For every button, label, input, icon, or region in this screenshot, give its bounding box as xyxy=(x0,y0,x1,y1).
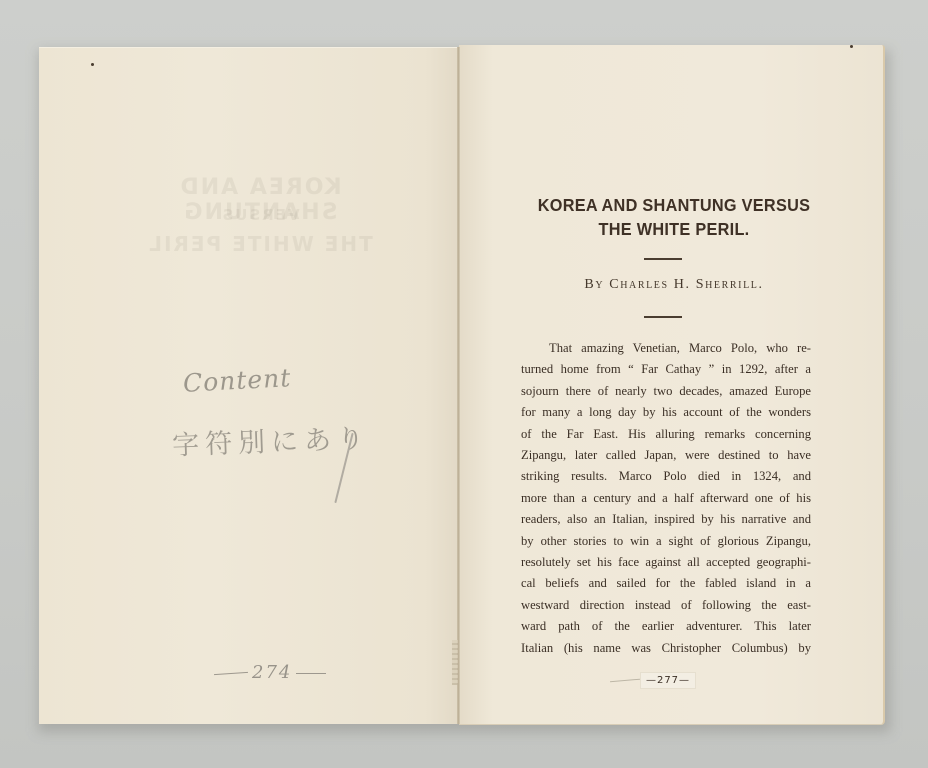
bleed-through-line: VERSUS xyxy=(110,206,410,224)
book-gutter xyxy=(457,47,460,724)
article-title-line-2: THE WHITE PERIL. xyxy=(512,219,836,240)
bleed-through-line: THE WHITE PERIL xyxy=(110,232,410,256)
body-line: more than a century and a half afterward… xyxy=(521,488,811,509)
byline-divider xyxy=(644,316,682,318)
body-line: readers, also an Italian, inspired by hi… xyxy=(521,509,811,530)
body-line: resolutely set his face against all acce… xyxy=(521,552,811,573)
body-line: Zipangu, later called Japan, were destin… xyxy=(521,445,811,466)
gutter-tear xyxy=(452,640,458,685)
paper-speck xyxy=(91,63,94,66)
handwritten-note-japanese: 字符別にあり xyxy=(171,417,370,463)
author-byline: By Charles H. Sherrill. xyxy=(500,277,848,293)
article-body: That amazing Venetian, Marco Polo, who r… xyxy=(521,338,811,659)
body-line: turned home from “ Far Cathay ” in 1292,… xyxy=(521,359,811,380)
body-line: westward direction instead of following … xyxy=(521,595,811,616)
printed-page-number: —277— xyxy=(640,672,696,689)
body-line: That amazing Venetian, Marco Polo, who r… xyxy=(521,338,811,359)
handwritten-note-content: Content xyxy=(182,363,292,398)
body-line: for many a long day by his account of th… xyxy=(521,402,811,423)
body-line: ward path of the earlier adventurer. Thi… xyxy=(521,616,811,637)
article-title-line-1: KOREA AND SHANTUNG VERSUS xyxy=(512,195,836,216)
body-line: sojourn there of nearly two decades, ama… xyxy=(521,381,811,402)
body-line: of the Far East. His alluring remarks co… xyxy=(521,424,811,445)
body-line: Italian (his name was Christopher Columb… xyxy=(521,638,811,659)
title-divider xyxy=(644,258,682,260)
body-line: striking results. Marco Polo died in 132… xyxy=(521,466,811,487)
paper-speck xyxy=(850,45,853,48)
handwritten-page-number-text: 274 xyxy=(252,662,292,683)
handwritten-page-number: 274 xyxy=(214,662,326,683)
body-line: by other stories to win a sight of glori… xyxy=(521,531,811,552)
body-line: cal beliefs and sailed for the fabled is… xyxy=(521,573,811,594)
